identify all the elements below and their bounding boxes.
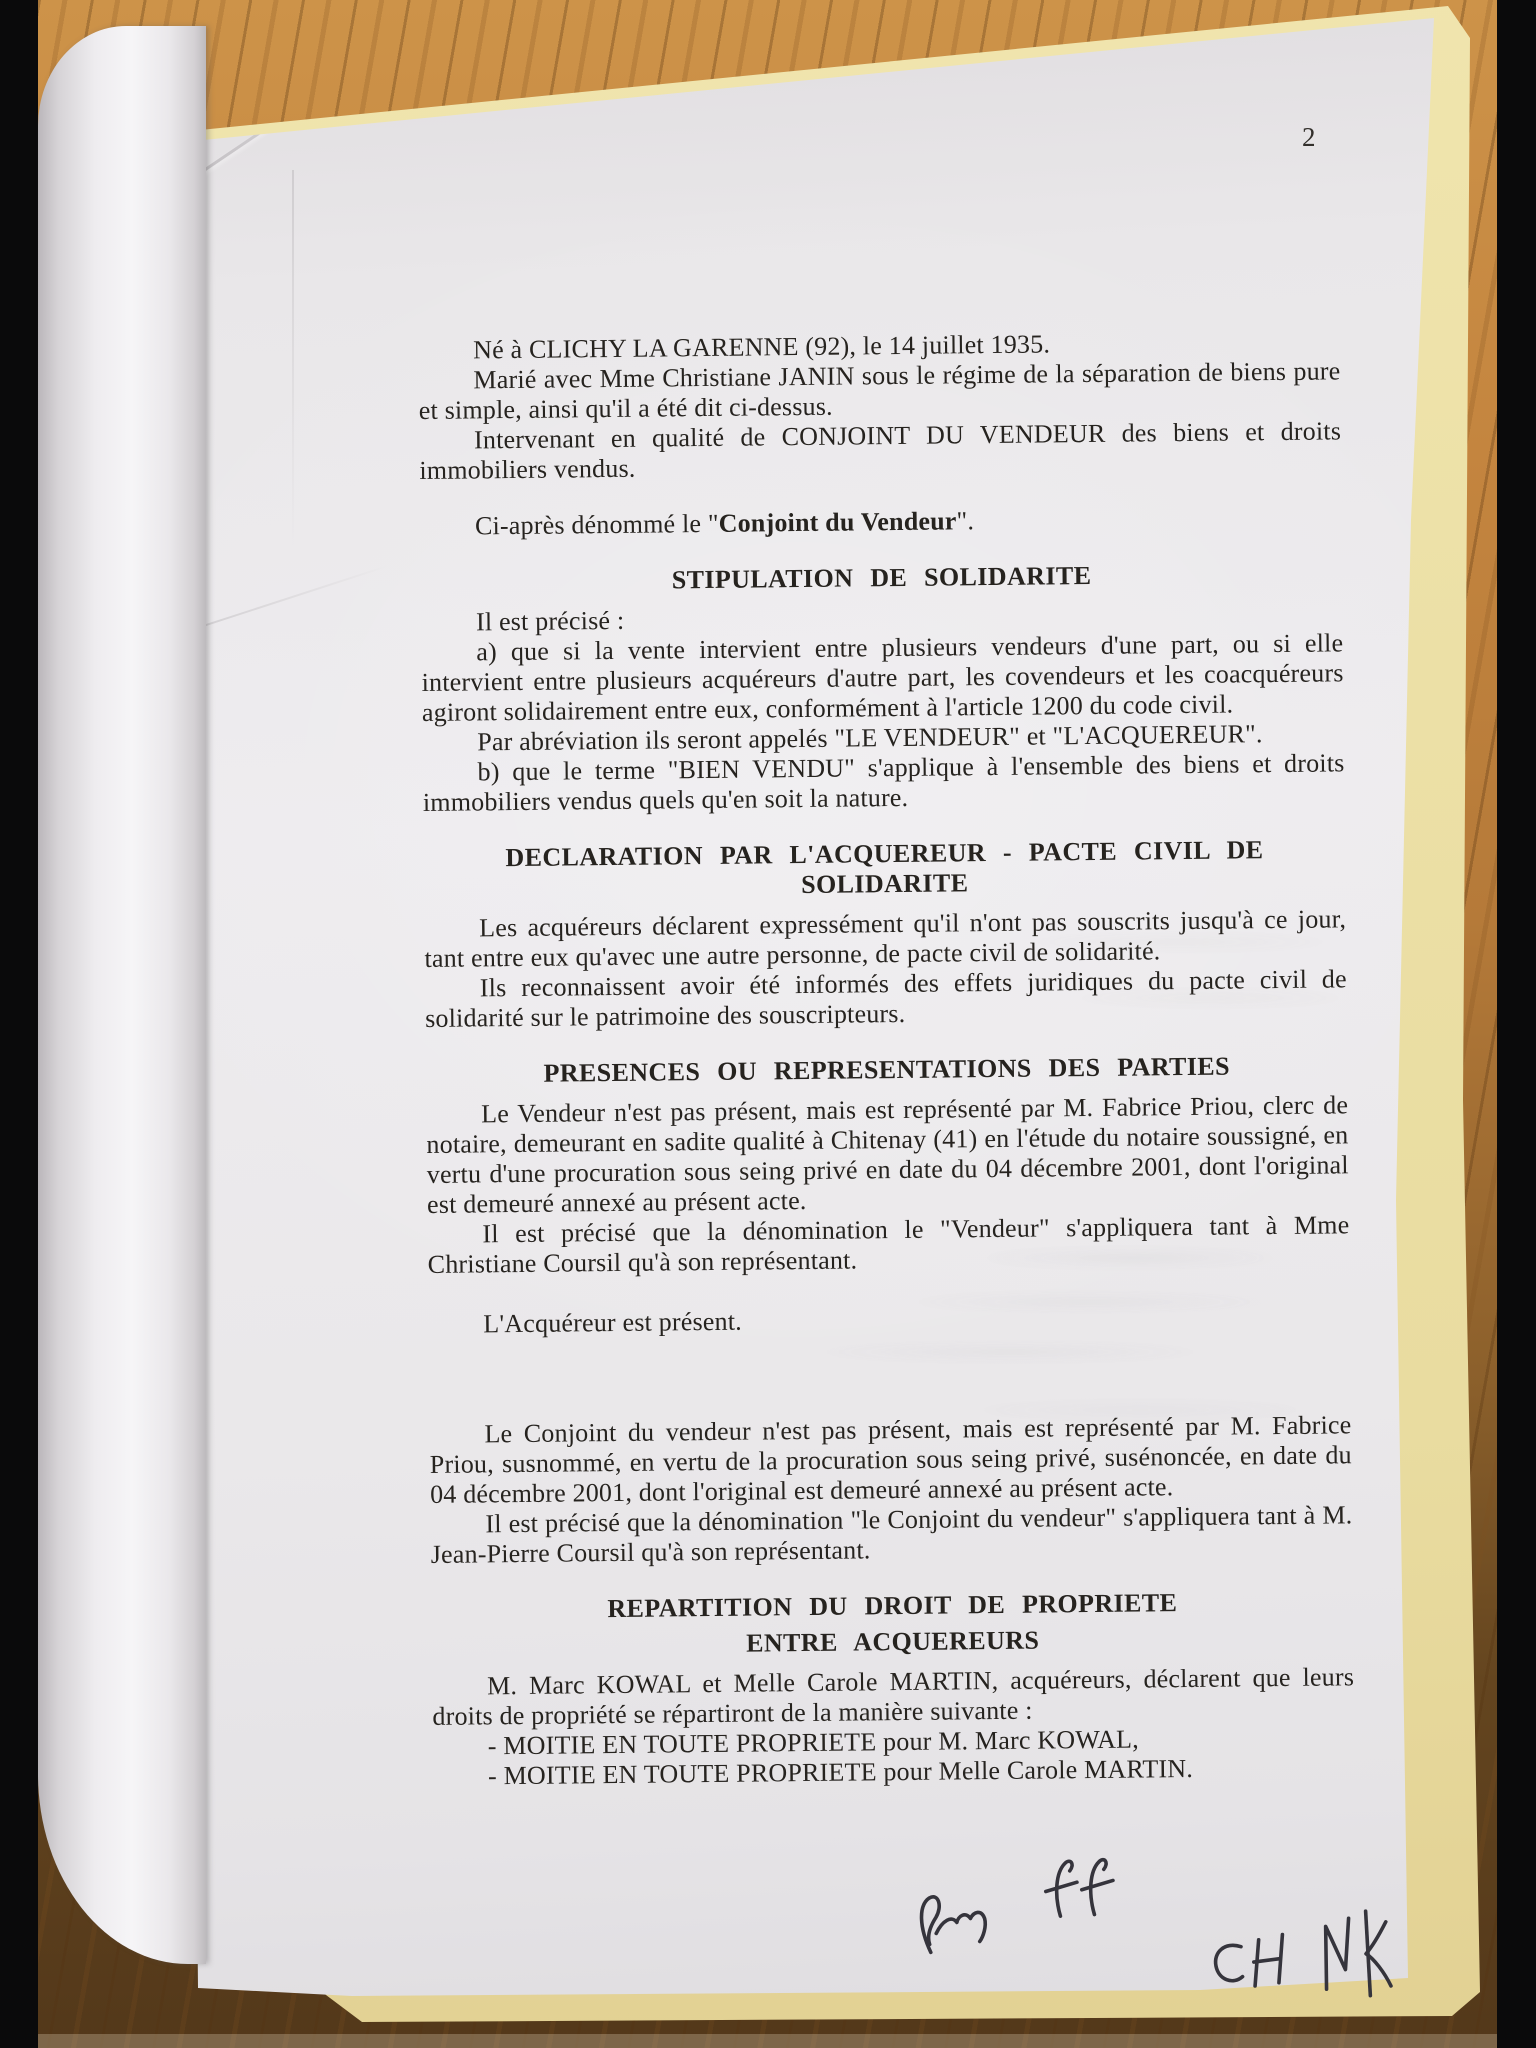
heading-entre-acquereurs: ENTRE ACQUEREURS: [432, 1622, 1354, 1662]
denomination-prefix: Ci-après dénommé le ": [475, 509, 719, 541]
paragraph-marriage: Marié avec Mme Christiane JANIN sous le …: [418, 356, 1341, 426]
handwritten-initials-dm: [899, 1871, 1020, 1975]
document-page: 2 Né à CLICHY LA GARENNE (92), le 14 jui…: [0, 0, 1536, 2048]
paragraph-denomination-vendeur: Il est précisé que la dénomination le "V…: [427, 1210, 1350, 1280]
paragraph-clause-b: b) que le terme "BIEN VENDU" s'applique …: [422, 748, 1345, 818]
table-bottom-highlight: [38, 2034, 1497, 2048]
document-text-column: Né à CLICHY LA GARENNE (92), le 14 juill…: [418, 326, 1355, 1792]
heading-stipulation: STIPULATION DE SOLIDARITE: [420, 558, 1342, 598]
heading-presences: PRESENCES OU REPRESENTATIONS DES PARTIES: [426, 1050, 1348, 1090]
paragraph-denomination: Ci-après dénommé le "Conjoint du Vendeur…: [420, 502, 1342, 542]
paragraph-conjoint-represente: Le Conjoint du vendeur n'est pas présent…: [429, 1410, 1352, 1510]
photo-of-notary-document: 2 Né à CLICHY LA GARENNE (92), le 14 jui…: [0, 0, 1536, 2048]
paragraph-clause-a: a) que si la vente intervient entre plus…: [421, 628, 1344, 728]
heading-repartition: REPARTITION DU DROIT DE PROPRIETE: [431, 1586, 1353, 1626]
paragraph-denomination-conjoint: Il est précisé que la dénomination "le C…: [430, 1500, 1353, 1570]
paragraph-intervenant: Intervenant en qualité de CONJOINT DU VE…: [419, 416, 1342, 486]
handwritten-initials-mk: [1303, 1898, 1416, 2023]
page-number: 2: [1302, 122, 1316, 153]
paragraph-vendeur-represente: Le Vendeur n'est pas présent, mais est r…: [426, 1090, 1349, 1220]
paragraph-pacs-1: Les acquéreurs déclarent expressément qu…: [424, 904, 1347, 974]
denomination-suffix: ".: [956, 506, 974, 535]
denomination-name: Conjoint du Vendeur: [719, 506, 957, 537]
curled-previous-pages: [38, 26, 206, 1964]
paragraph-kowal-martin: M. Marc KOWAL et Melle Carole MARTIN, ac…: [432, 1662, 1355, 1732]
paragraph-pacs-2: Ils reconnaissent avoir été informés des…: [425, 964, 1348, 1034]
handwritten-initials-ch: [1200, 1925, 1309, 2005]
paragraph-acquereur-present: L'Acquéreur est présent.: [428, 1300, 1350, 1340]
heading-declaration: DECLARATION PAR L'ACQUEREUR - PACTE CIVI…: [423, 834, 1346, 904]
handwritten-initials-fp: [1028, 1847, 1131, 1936]
